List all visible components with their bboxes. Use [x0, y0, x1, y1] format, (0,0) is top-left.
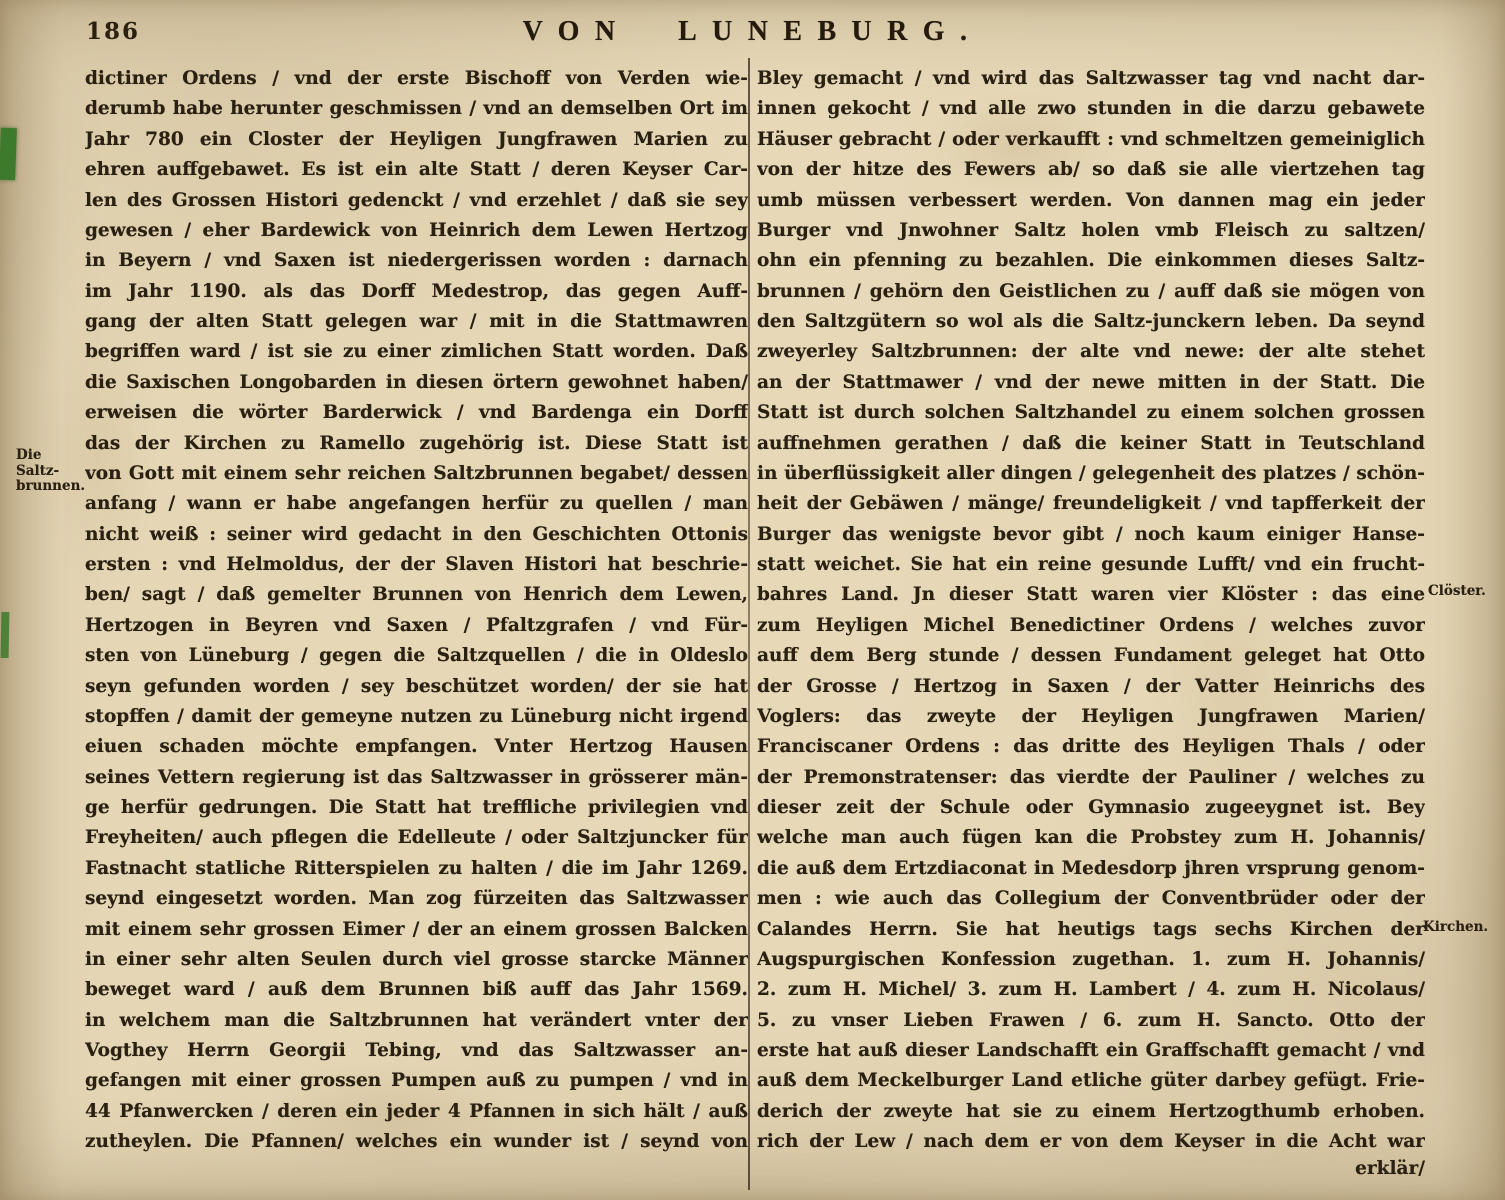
text-line: rich der Lew / nach dem er von dem Keyse…	[757, 1127, 1425, 1157]
text-line: seyn gefunden worden / sey beschützet wo…	[85, 672, 748, 702]
green-edge-mark	[0, 128, 17, 181]
text-line: len des Grossen Histori gedenckt / vnd e…	[85, 186, 748, 216]
text-line: die auß dem Ertzdiaconat in Medesdorp jh…	[757, 854, 1425, 884]
left-text-column: dictiner Ordens / vnd der erste Bischoff…	[85, 64, 748, 1158]
text-line: dieser zeit der Schule oder Gymnasio zug…	[757, 793, 1425, 823]
column-divider	[748, 58, 750, 1190]
text-line: gefangen mit einer grossen Pumpen auß zu…	[85, 1066, 748, 1096]
margin-note-kirchen: Kirchen.	[1423, 920, 1501, 936]
text-line: Fastnacht statliche Ritterspielen zu hal…	[85, 854, 748, 884]
text-line: Freyheiten/ auch pflegen die Edelleute /…	[85, 823, 748, 853]
text-line: dictiner Ordens / vnd der erste Bischoff…	[85, 64, 748, 94]
text-line: ben/ sagt / daß gemelter Brunnen von Hen…	[85, 580, 748, 610]
text-line: Jahr 780 ein Closter der Heyligen Jungfr…	[85, 125, 748, 155]
text-line: auß dem Meckelburger Land etliche güter …	[757, 1066, 1425, 1096]
text-line: auff dem Berg stunde / dessen Fundament …	[757, 641, 1425, 671]
text-line: zutheylen. Die Pfannen/ welches ein wund…	[85, 1127, 748, 1157]
text-line: an der Stattmawer / vnd der newe mitten …	[757, 368, 1425, 398]
text-line: in welchem man die Saltzbrunnen hat verä…	[85, 1006, 748, 1036]
green-edge-mark	[1, 612, 10, 658]
text-line: Augspurgischen Konfession zugethan. 1. z…	[757, 945, 1425, 975]
text-line: zweyerley Saltzbrunnen: der alte vnd new…	[757, 337, 1425, 367]
text-line: derumb habe herunter geschmissen / vnd a…	[85, 94, 748, 124]
text-line: gang der alten Statt gelegen war / mit i…	[85, 307, 748, 337]
text-line: von Gott mit einem sehr reichen Saltzbru…	[85, 459, 748, 489]
text-line: begriffen ward / ist sie zu einer zimlic…	[85, 337, 748, 367]
text-line: 5. zu vnser Lieben Frawen / 6. zum H. Sa…	[757, 1006, 1425, 1036]
text-line: welche man auch fügen kan die Probstey z…	[757, 823, 1425, 853]
text-line: Franciscaner Ordens : das dritte des Hey…	[757, 732, 1425, 762]
text-line: stopffen / damit der gemeyne nutzen zu L…	[85, 702, 748, 732]
text-line: 2. zum H. Michel/ 3. zum H. Lambert / 4.…	[757, 975, 1425, 1005]
text-line: der Premonstratenser: das vierdte der Pa…	[757, 763, 1425, 793]
text-line: erste hat auß dieser Landschafft ein Gra…	[757, 1036, 1425, 1066]
text-line: 44 Pfanwercken / deren ein jeder 4 Pfann…	[85, 1097, 748, 1127]
text-line: Hertzogen in Beyren vnd Saxen / Pfaltzgr…	[85, 611, 748, 641]
book-page: 186 VON LUNEBURG. dictiner Ordens / vnd …	[0, 0, 1505, 1200]
text-line: die Saxischen Longobarden in diesen örte…	[85, 368, 748, 398]
text-line: ehren auffgebawet. Es ist ein alte Statt…	[85, 155, 748, 185]
text-line: Burger das wenigste bevor gibt / noch ka…	[757, 520, 1425, 550]
page-title: VON LUNEBURG.	[0, 16, 1505, 48]
text-line: ersten : vnd Helmoldus, der der Slaven H…	[85, 550, 748, 580]
text-line: brunnen / gehörn den Geistlichen zu / au…	[757, 277, 1425, 307]
text-line: mit einem sehr grossen Eimer / der an ei…	[85, 915, 748, 945]
margin-note-line: Die	[16, 448, 82, 464]
text-line: in überflüssigkeit aller dingen / gelege…	[757, 459, 1425, 489]
text-line: der Grosse / Hertzog in Saxen / der Vatt…	[757, 672, 1425, 702]
margin-note-saltzbrunnen: DieSaltz-brunnen.	[16, 448, 82, 495]
text-line: sten von Lüneburg / gegen die Saltzquell…	[85, 641, 748, 671]
text-line: ge herfür gedrungen. Die Statt hat treff…	[85, 793, 748, 823]
text-line: nicht weiß : seiner wird gedacht in den …	[85, 520, 748, 550]
margin-note-cloester: Clöster.	[1428, 584, 1502, 600]
text-line: Vogthey Herrn Georgii Tebing, vnd das Sa…	[85, 1036, 748, 1066]
text-line: Voglers: das zweyte der Heyligen Jungfra…	[757, 702, 1425, 732]
text-line: men : wie auch das Collegium der Convent…	[757, 884, 1425, 914]
text-line: umb müssen verbessert werden. Von dannen…	[757, 186, 1425, 216]
text-line: seynd eingesetzt worden. Man zog fürzeit…	[85, 884, 748, 914]
text-line: Calandes Herrn. Sie hat heutigs tags sec…	[757, 915, 1425, 945]
text-line: im Jahr 1190. als das Dorff Medestrop, d…	[85, 277, 748, 307]
text-line: derich der zweyte hat sie zu einem Hertz…	[757, 1097, 1425, 1127]
text-line: anfang / wann er habe angefangen herfür …	[85, 489, 748, 519]
text-line: erweisen die wörter Barderwick / vnd Bar…	[85, 398, 748, 428]
text-line: in Beyern / vnd Saxen ist niedergerissen…	[85, 246, 748, 276]
text-line: Häuser gebracht / oder verkaufft : vnd s…	[757, 125, 1425, 155]
text-line: gewesen / eher Bardewick von Heinrich de…	[85, 216, 748, 246]
margin-note-line: Saltz-	[16, 464, 82, 480]
text-line: bahres Land. Jn dieser Statt waren vier …	[757, 580, 1425, 610]
catchword: erklär/	[757, 1158, 1425, 1179]
text-line: heit der Gebäwen / mänge/ freundeligkeit…	[757, 489, 1425, 519]
text-line: Bley gemacht / vnd wird das Saltzwasser …	[757, 64, 1425, 94]
text-line: statt weichet. Sie hat ein reine gesunde…	[757, 550, 1425, 580]
text-line: innen gekocht / vnd alle zwo stunden in …	[757, 94, 1425, 124]
text-line: von der hitze des Fewers ab/ so daß sie …	[757, 155, 1425, 185]
text-line: ohn ein pfenning zu bezahlen. Die einkom…	[757, 246, 1425, 276]
right-text-column: Bley gemacht / vnd wird das Saltzwasser …	[757, 64, 1425, 1158]
text-line: eiuen schaden möchte empfangen. Vnter He…	[85, 732, 748, 762]
text-line: Burger vnd Jnwohner Saltz holen vmb Flei…	[757, 216, 1425, 246]
text-line: beweget ward / auß dem Brunnen biß auff …	[85, 975, 748, 1005]
margin-note-line: brunnen.	[16, 479, 82, 495]
text-line: seines Vettern regierung ist das Saltzwa…	[85, 763, 748, 793]
text-line: auffnehmen gerathen / daß die keiner Sta…	[757, 429, 1425, 459]
text-line: das der Kirchen zu Ramello zugehörig ist…	[85, 429, 748, 459]
text-line: zum Heyligen Michel Benedictiner Ordens …	[757, 611, 1425, 641]
text-line: den Saltzgütern so wol als die Saltz-jun…	[757, 307, 1425, 337]
text-line: Statt ist durch solchen Saltzhandel zu e…	[757, 398, 1425, 428]
text-line: in einer sehr alten Seulen durch viel gr…	[85, 945, 748, 975]
